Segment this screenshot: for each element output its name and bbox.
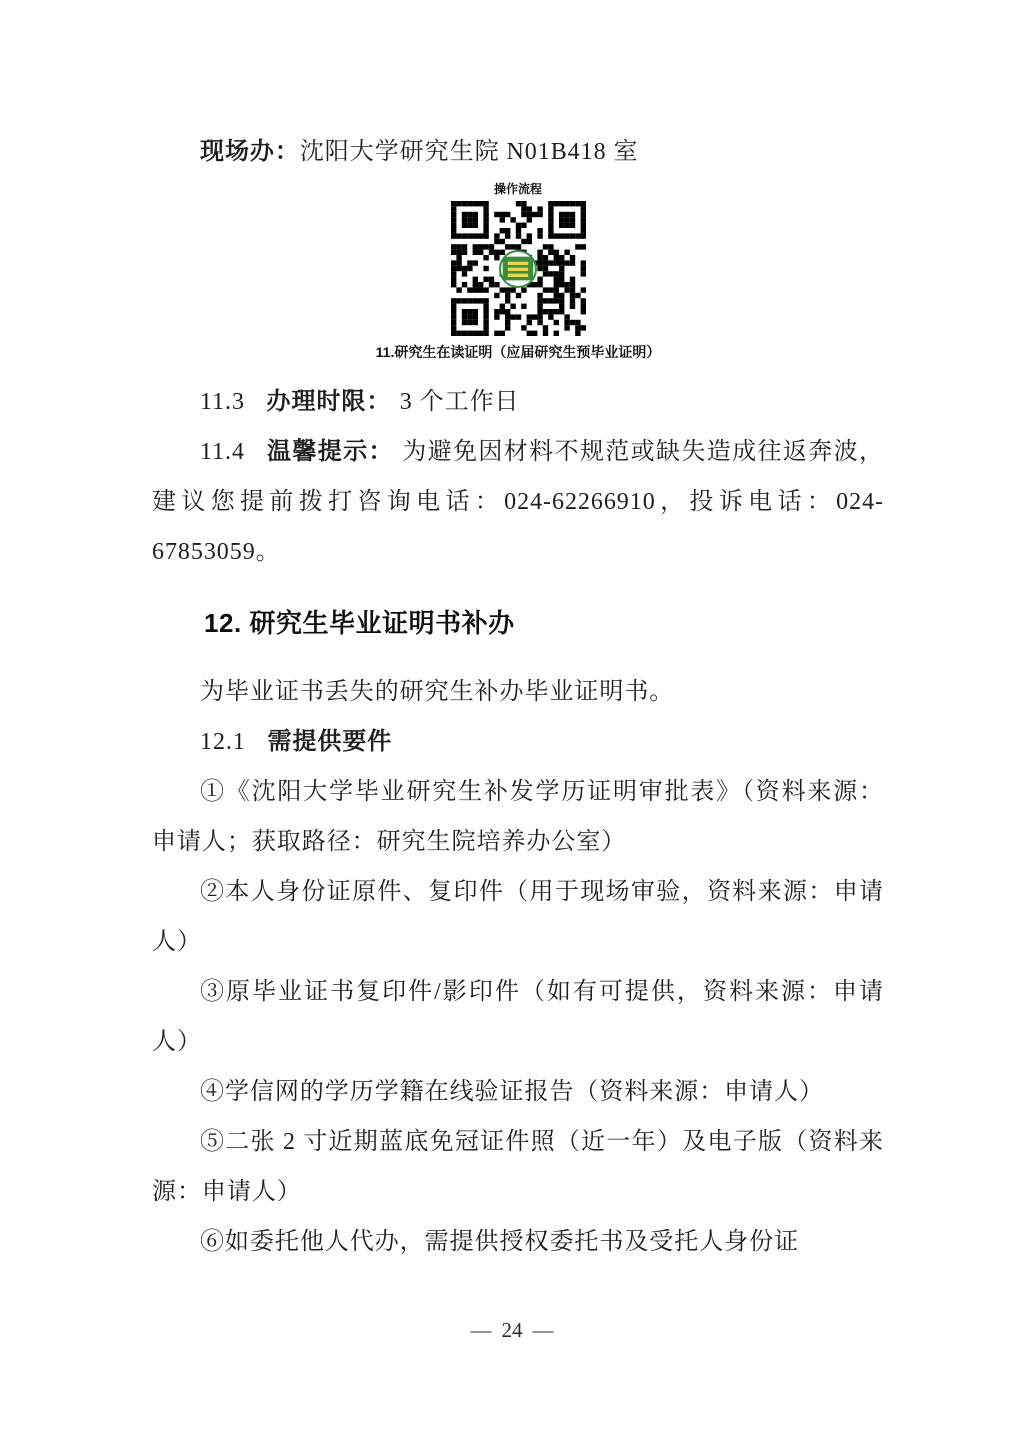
section-11-3-number: 11.3 [200, 389, 245, 415]
site-line-value: 沈阳大学研究生院 N01B418 室 [300, 139, 639, 165]
qr-logo [499, 250, 537, 288]
qr-top-label: 操作流程 [152, 182, 884, 197]
list-item-5: ⑤二张 2 寸近期蓝底免冠证件照（近一年）及电子版（资料来源：申请人） [152, 1117, 884, 1217]
list-item-1: ①《沈阳大学毕业研究生补发学历证明审批表》（资料来源：申请人；获取路径：研究生院… [152, 767, 884, 867]
section-11-3-text: 3 个工作日 [400, 389, 520, 415]
content: 11.3办理时限：3 个工作日 11.4温馨提示：为避免因材料不规范或缺失造成往… [152, 377, 884, 1267]
section-11-3: 11.3办理时限：3 个工作日 [152, 377, 884, 427]
section-11-4: 11.4温馨提示：为避免因材料不规范或缺失造成往返奔波，建议您提前拨打咨询电话：… [152, 427, 884, 577]
qr-block: 操作流程 11.研究生在读证明（应届研究生预毕业证明） [152, 182, 884, 361]
section-12-1-number: 12.1 [200, 729, 246, 755]
list-item-2: ②本人身份证原件、复印件（用于现场审验，资料来源：申请人） [152, 867, 884, 967]
section-12-intro: 为毕业证书丢失的研究生补办毕业证明书。 [152, 667, 884, 717]
section-12-heading: 12. 研究生毕业证明书补办 [152, 605, 884, 641]
page-number: 24 [502, 1318, 523, 1342]
section-11-3-label: 办理时限： [267, 389, 392, 415]
page-footer: —24— [0, 1318, 1024, 1343]
section-11-4-text: 为避免因材料不规范或缺失造成往返奔波，建议您提前拨打咨询电话：024-62266… [152, 439, 884, 565]
section-11-4-label: 温馨提示： [267, 439, 394, 465]
section-12-1-label: 需提供要件 [267, 729, 392, 755]
site-line: 现场办：沈阳大学研究生院 N01B418 室 [152, 130, 884, 174]
footer-dash-right: — [533, 1318, 554, 1342]
site-line-label: 现场办： [200, 139, 300, 165]
list-item-6: ⑥如委托他人代办，需提供授权委托书及受托人身份证 [152, 1217, 884, 1267]
document-page: 现场办：沈阳大学研究生院 N01B418 室 操作流程 11.研究生在读证明（应… [0, 0, 1024, 1448]
list-item-3: ③原毕业证书复印件/影印件（如有可提供，资料来源：申请人） [152, 967, 884, 1067]
footer-dash-left: — [471, 1318, 492, 1342]
qr-caption: 11.研究生在读证明（应届研究生预毕业证明） [373, 343, 663, 361]
section-11-4-number: 11.4 [200, 439, 245, 465]
section-12-1: 12.1需提供要件 [152, 717, 884, 767]
list-item-4: ④学信网的学历学籍在线验证报告（资料来源：申请人） [152, 1067, 884, 1117]
qr-code [451, 201, 586, 336]
book-emblem-icon [501, 201, 535, 336]
